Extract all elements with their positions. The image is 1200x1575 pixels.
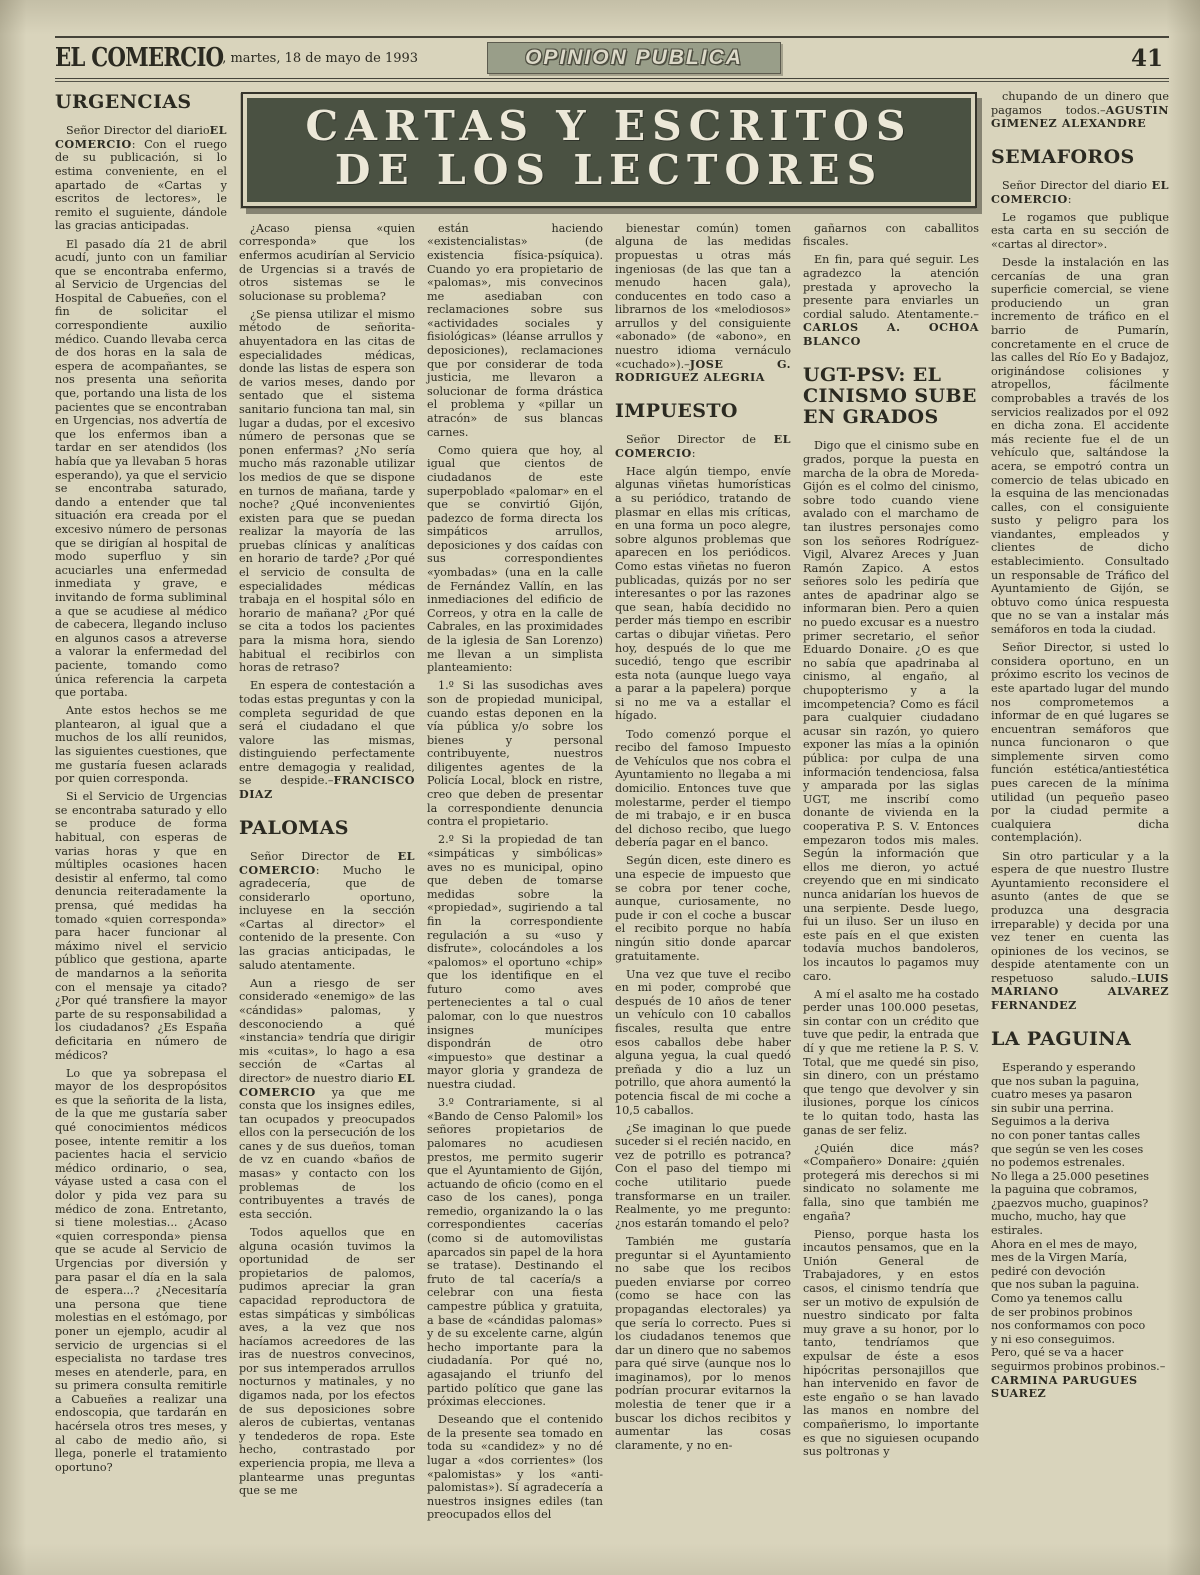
page-header: EL COMERCIO , martes, 18 de mayo de 1993… [55, 36, 1169, 79]
paragraph: Todos aquellos que en alguna ocasión tuv… [239, 1226, 415, 1498]
paragraph: Ante estos hechos se me plantearon, al i… [55, 704, 227, 786]
dateline: , martes, 18 de mayo de 1993 [222, 51, 418, 66]
article-column: bienestar común) tomen alguna de las med… [615, 222, 791, 1527]
paragraph: ¿Se imaginan lo que puede suceder si el … [615, 1122, 791, 1231]
paragraph: En fin, para qué seguir. Les agradezco l… [803, 253, 979, 348]
article-heading: URGENCIAS [55, 92, 227, 113]
paragraph: Como quiera que hoy, al igual que ciento… [427, 444, 603, 675]
poem-line: Como ya tenemos callu [991, 1292, 1169, 1306]
paragraph: Lo que ya sobrepasa el mayor de los desp… [55, 1067, 227, 1475]
paragraph: Señor Director del diarioEL COMERCIO: Co… [55, 124, 227, 233]
banner-line-2: DE LOS LECTORES [247, 149, 971, 193]
poem-line: Seguimos a la deriva [991, 1115, 1169, 1129]
paragraph: Deseando que el contenido de la presente… [427, 1413, 603, 1522]
article-column: URGENCIASSeñor Director del diarioEL COM… [55, 90, 227, 1527]
poem-line: cuatro meses ya pasaron [991, 1088, 1169, 1102]
article-heading: LA PAGUINA [991, 1029, 1169, 1050]
poem-line: Pero, qué se va a hacer [991, 1346, 1169, 1360]
poem: Esperando y esperandoque nos suban la pa… [991, 1061, 1169, 1401]
poem-line: la paguina que cobramos, [991, 1183, 1169, 1197]
poem-line: No llega a 25.000 pesetines [991, 1170, 1169, 1184]
paragraph: Señor Director, si usted lo considera op… [991, 641, 1169, 845]
paragraph: Hace algún tiempo, envíe algunas viñetas… [615, 465, 791, 723]
paragraph: Señor Director de EL COMERCIO: [615, 433, 791, 460]
paragraph: A mí el asalto me ha costado perder unas… [803, 988, 979, 1138]
banner-line-1: CARTAS Y ESCRITOS [247, 105, 971, 149]
newspaper-page: EL COMERCIO , martes, 18 de mayo de 1993… [0, 0, 1200, 1575]
paragraph: También me gustaría preguntar si el Ayun… [615, 1235, 791, 1453]
poem-line: y ni eso conseguimos. [991, 1333, 1169, 1347]
poem-line: que nos suban la paguina, [991, 1075, 1169, 1089]
paragraph: ¿Se piensa utilizar el mismo método de s… [239, 308, 415, 675]
poem-line: que nos suban la paguina. [991, 1278, 1169, 1292]
paragraph: están haciendo «existencialistas» (de ex… [427, 222, 603, 440]
paragraph: Aun a riesgo de ser considerado «enemigo… [239, 977, 415, 1222]
article-heading: IMPUESTO [615, 401, 791, 422]
poem-line: mucho, mucho, hay que estirales. [991, 1210, 1169, 1237]
poem-line: pediré con devoción [991, 1265, 1169, 1279]
poem-line: que según se ven les coses [991, 1143, 1169, 1157]
article-column: ¿Acaso piensa «quien corresponda» que lo… [239, 222, 415, 1527]
center-section: CARTAS Y ESCRITOS DE LOS LECTORES ¿Acaso… [239, 90, 979, 1527]
poem-line: Esperando y esperando [991, 1061, 1169, 1075]
poem-line: no con poner tantas calles [991, 1129, 1169, 1143]
poem-line: ¿paezvos mucho, guapinos? [991, 1197, 1169, 1211]
paragraph: gañarnos con caballitos fiscales. [803, 222, 979, 249]
paragraph: ¿Acaso piensa «quien corresponda» que lo… [239, 222, 415, 304]
article-heading: SEMAFOROS [991, 147, 1169, 168]
letters-banner-box: CARTAS Y ESCRITOS DE LOS LECTORES [247, 98, 971, 202]
masthead-logo: EL COMERCIO [55, 43, 223, 73]
poem-line: mes de la Virgen María, [991, 1251, 1169, 1265]
paragraph: Digo que el cinismo sube en grados, porq… [803, 439, 979, 983]
paragraph: Si el Servicio de Urgencias se encontrab… [55, 790, 227, 1062]
paragraph: Todo comenzó porque el recibo del famoso… [615, 728, 791, 850]
paragraph: 1.º Si las susodichas aves son de propie… [427, 679, 603, 829]
paragraph: 3.º Contrariamente, si al «Bando de Cens… [427, 1096, 603, 1409]
paragraph: ¿Quién dice más? «Compañero» Donaire: ¿q… [803, 1142, 979, 1224]
content-area: URGENCIASSeñor Director del diarioEL COM… [55, 90, 1169, 1527]
center-columns: ¿Acaso piensa «quien corresponda» que lo… [239, 222, 979, 1527]
poem-line: de ser probinos probinos [991, 1306, 1169, 1320]
article-heading: PALOMAS [239, 818, 415, 839]
article-column: gañarnos con caballitos fiscales.En fin,… [803, 222, 979, 1527]
paragraph: Según dicen, este dinero es una especie … [615, 854, 791, 963]
section-badge: OPINION PUBLICA [487, 42, 781, 74]
paragraph: Sin otro particular y a la espera de que… [991, 850, 1169, 1013]
article-column: chupando de un dinero que pagamos todos.… [991, 90, 1169, 1527]
paragraph: bienestar común) tomen alguna de las med… [615, 222, 791, 385]
letters-banner: CARTAS Y ESCRITOS DE LOS LECTORES [241, 92, 977, 208]
article-heading: UGT-PSV: EL CINISMO SUBE EN GRADOS [803, 365, 979, 429]
paragraph: En espera de contestación a todas estas … [239, 679, 415, 801]
poem-line: nos conformamos con poco [991, 1319, 1169, 1333]
poem-line: sin subir una perrina. [991, 1102, 1169, 1116]
paragraph: 2.º Si la propiedad de tan «simpáticas y… [427, 833, 603, 1091]
paragraph: Pienso, porque hasta los incautos pensam… [803, 1228, 979, 1459]
poem-line: no podemos estrenales. [991, 1156, 1169, 1170]
paragraph: chupando de un dinero que pagamos todos.… [991, 90, 1169, 131]
page-number: 41 [1131, 45, 1169, 72]
article-column: están haciendo «existencialistas» (de ex… [427, 222, 603, 1527]
paragraph: Señor Director del diario EL COMERCIO: [991, 179, 1169, 206]
paragraph: Desde la instalación en las cercanías de… [991, 256, 1169, 637]
poem-line: seguirmos probinos probinos.–CARMINA PAR… [991, 1360, 1169, 1401]
paragraph: Una vez que tuve el recibo en mi poder, … [615, 968, 791, 1118]
paragraph: Le rogamos que publique esta carta en su… [991, 211, 1169, 252]
paragraph: Señor Director de EL COMERCIO: Mucho le … [239, 850, 415, 972]
section-title: OPINION PUBLICA [525, 46, 743, 70]
poem-line: Ahora en el mes de mayo, [991, 1238, 1169, 1252]
paragraph: El pasado día 21 de abril acudí, junto c… [55, 238, 227, 700]
